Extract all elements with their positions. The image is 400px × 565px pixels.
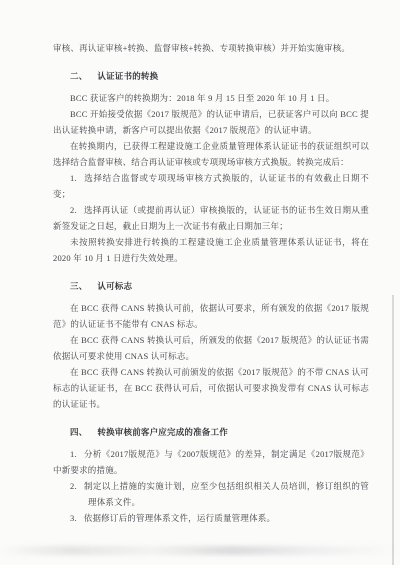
list-item-2-2-text: 选择再认证（或提前再认证）审核换版的，认证证书的证书生效日期从重新签发证之日起，… bbox=[53, 205, 369, 231]
para-mark-reissue: 在 BCC 获得 CANS 转换认可前颁发的依据《2017 版规范》的不带 CN… bbox=[53, 364, 369, 412]
section-4-title: 转换审核前客户应完成的准备工作 bbox=[97, 427, 228, 437]
list-item-2-2-number: 2. bbox=[70, 205, 77, 215]
section-3-number: 三、 bbox=[70, 281, 87, 291]
list-item-4-2: 2.制定以上措施的实施计划，应至少包括组织相关人员培训，修订组织的管理体系文件。 bbox=[70, 478, 369, 510]
list-item-4-3: 3.依据修订后的管理体系文件，运行质量管理体系。 bbox=[70, 510, 369, 526]
scan-edge-line bbox=[392, 295, 394, 565]
scanned-document-page: 审核、再认证审核+转换、监督审核+转换、专项转换审核）并开始实施审核。 二、认证… bbox=[0, 0, 400, 565]
list-item-4-2-number: 2. bbox=[70, 481, 77, 491]
para-mark-before-approval: 在 BCC 获得 CANS 转换认可前，依据认可要求，所有颁发的依据《2017 … bbox=[53, 300, 369, 332]
section-2-number: 二、 bbox=[70, 71, 87, 81]
list-item-2-2: 2.选择再认证（或提前再认证）审核换版的，认证证书的证书生效日期从重新签发证之日… bbox=[53, 202, 369, 234]
para-application-rules: BCC 开始接受依据《2017 版规范》的认证申请后，已获证客户可以向 BCC … bbox=[53, 106, 369, 138]
list-item-4-1-text: 分析《2017版规范》与《2007版规范》的差异，制定满足《2017版规范》中新… bbox=[53, 449, 369, 475]
list-item-2-1: 1.选择结合监督或专项现场审核方式换版的，认证证书的有效截止日期不变； bbox=[53, 170, 369, 202]
list-item-4-1-number: 1. bbox=[70, 449, 77, 459]
list-item-2-1-text: 选择结合监督或专项现场审核方式换版的，认证证书的有效截止日期不变； bbox=[53, 173, 369, 199]
section-2-title: 认证证书的转换 bbox=[97, 71, 158, 81]
section-heading-3: 三、认可标志 bbox=[53, 278, 369, 294]
para-conversion-options: 在转换期内，已获得工程建设施工企业质量管理体系认证证书的获证组织可以选择结合监督… bbox=[53, 138, 369, 170]
continued-paragraph: 审核、再认证审核+转换、监督审核+转换、专项转换审核）并开始实施审核。 bbox=[53, 40, 369, 56]
list-item-4-3-number: 3. bbox=[70, 513, 77, 523]
list-item-4-1: 1.分析《2017版规范》与《2007版规范》的差异，制定满足《2017版规范》… bbox=[53, 446, 369, 478]
para-expiry-notice: 未按照转换安排进行转换的工程建设施工企业质量管理体系认证证书，将在 2020 年… bbox=[53, 234, 369, 266]
scan-bottom-artifact bbox=[0, 546, 400, 555]
section-heading-2: 二、认证证书的转换 bbox=[53, 68, 369, 84]
section-3-title: 认可标志 bbox=[97, 281, 132, 291]
list-item-4-3-text: 依据修订后的管理体系文件，运行质量管理体系。 bbox=[84, 513, 275, 523]
para-mark-after-approval: 在 BCC 获得 CANS 转换认可后，所颁发的依据《2017 版规范》的认证证… bbox=[53, 332, 369, 364]
list-item-4-2-text: 制定以上措施的实施计划，应至少包括组织相关人员培训，修订组织的管理体系文件。 bbox=[84, 481, 369, 507]
list-item-2-1-number: 1. bbox=[70, 173, 77, 183]
section-heading-4: 四、转换审核前客户应完成的准备工作 bbox=[53, 424, 369, 440]
para-conversion-period: BCC 获证客户的转换期为：2018 年 9 月 15 日至 2020 年 10… bbox=[53, 90, 369, 106]
section-4-number: 四、 bbox=[70, 427, 87, 437]
document-content: 审核、再认证审核+转换、监督审核+转换、专项转换审核）并开始实施审核。 二、认证… bbox=[53, 40, 369, 526]
